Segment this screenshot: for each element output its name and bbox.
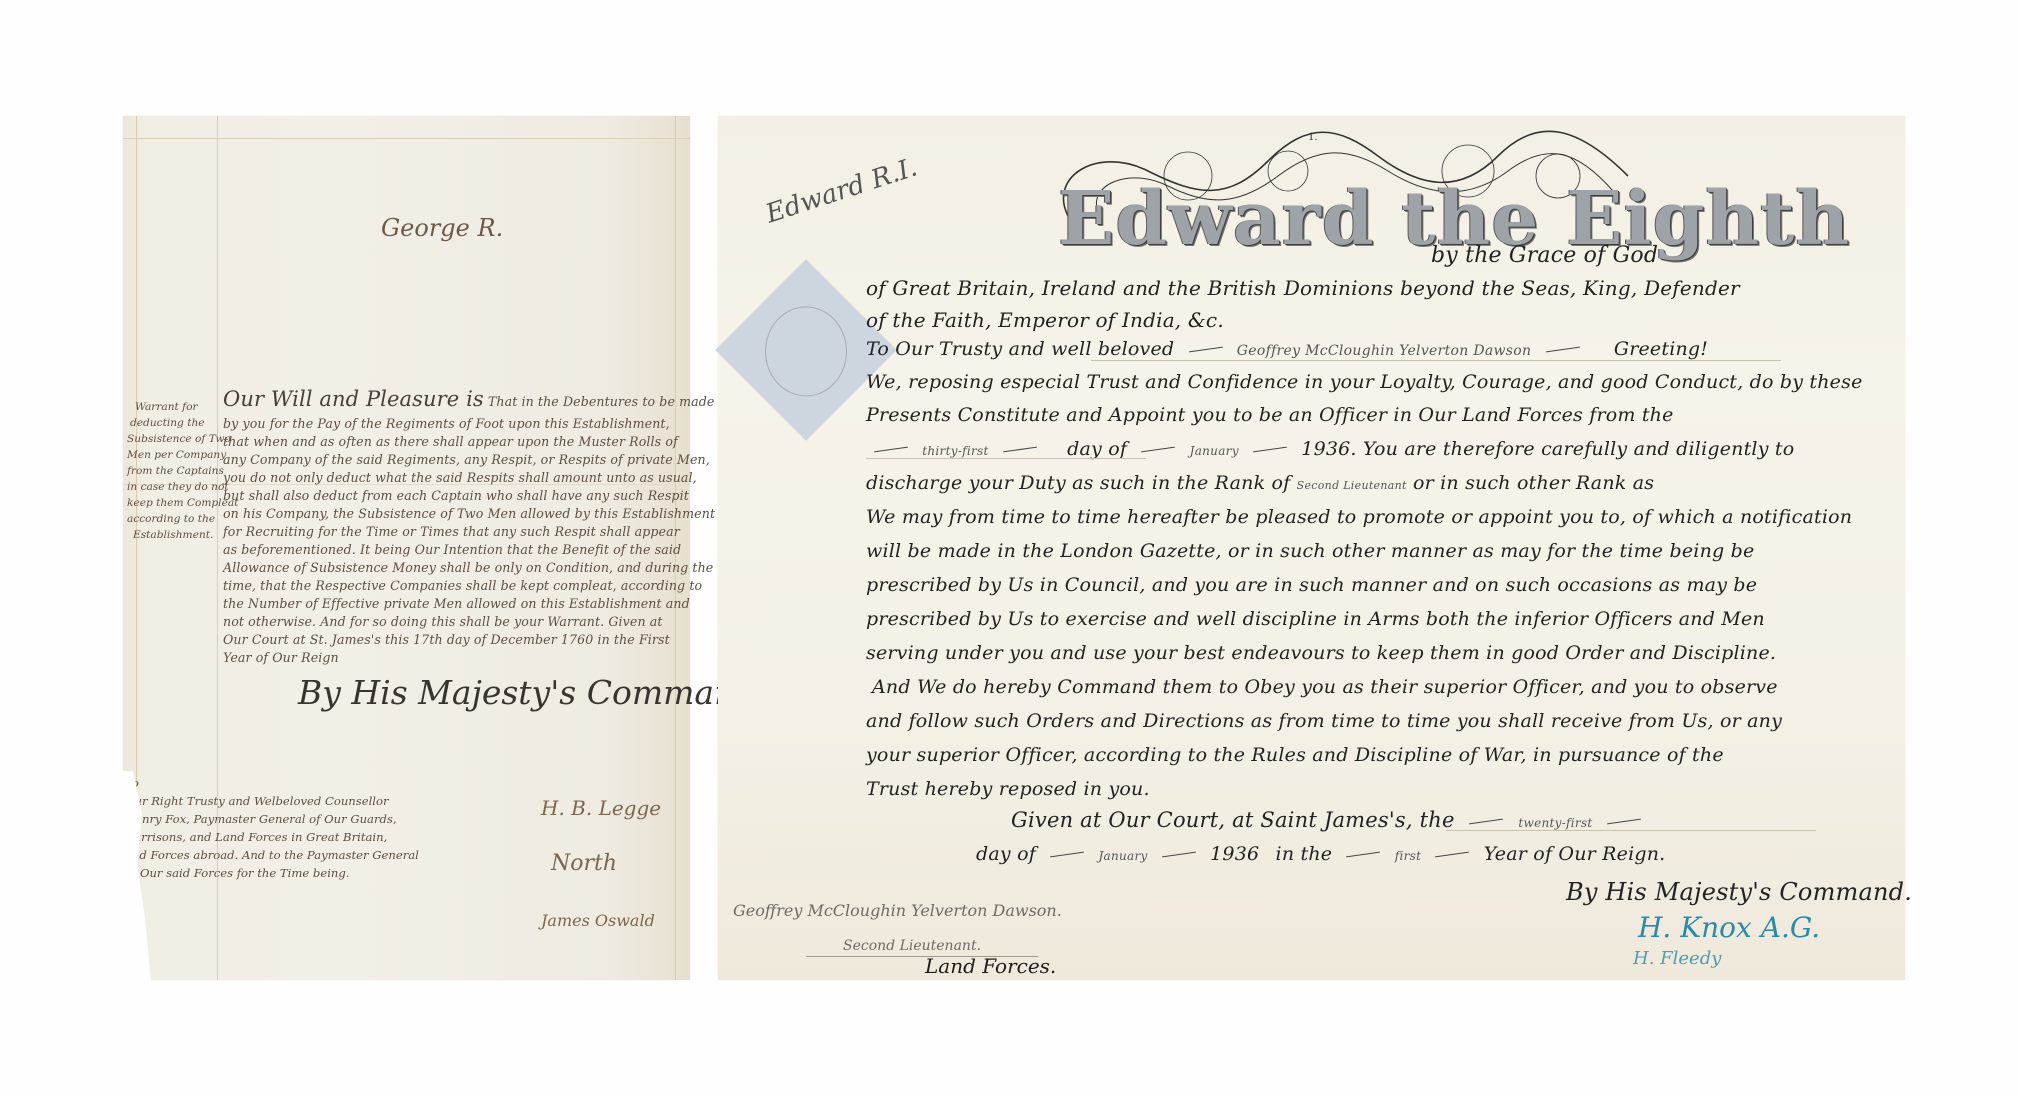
recipient-name-fill: Geoffrey McCloughin Yelverton Dawson [1237, 343, 1532, 359]
dash-mark [1050, 852, 1084, 858]
dash-mark [1189, 347, 1223, 353]
body-line: We, reposing especial Trust and Confiden… [866, 371, 1863, 393]
body-line: on his Company, the Subsistence of Two M… [223, 506, 715, 521]
rank-line: discharge your Duty as such in the Rank … [866, 472, 1654, 494]
address-line: Henry Fox, Paymaster General of Our Guar… [125, 812, 397, 826]
day-fill: thirty-first [922, 444, 988, 458]
body-line: Year of Our Reign [223, 650, 339, 665]
body-line: Allowance of Subsistence Money shall be … [223, 560, 713, 575]
body-line: your superior Officer, according to the … [866, 744, 1724, 766]
margin-note-line: in case they do not [127, 481, 229, 493]
rank-suffix: or in such other Rank as [1413, 472, 1654, 494]
body-line: Our Court at St. James's this 17th day o… [223, 632, 670, 647]
dash-mark [1162, 852, 1196, 858]
opening-lead: Our Will and Pleasure is [223, 387, 484, 411]
address-line: of Our said Forces for the Time being. [125, 866, 349, 880]
edward-viii-commission-page: 1. Edward the Eighth Edward R.I. by the … [718, 116, 1905, 980]
greeting-line: To Our Trusty and well beloved Geoffrey … [866, 338, 1708, 360]
address-line: and Forces abroad. And to the Paymaster … [125, 848, 419, 862]
regnal-year-fill: first [1395, 849, 1422, 863]
dash-mark [874, 447, 908, 453]
rank-fill: Second Lieutenant [1297, 479, 1407, 492]
seal-emblem-icon [765, 306, 847, 396]
body-line: but shall also deduct from each Captain … [223, 488, 689, 503]
body-line: prescribed by Us in Council, and you are… [866, 574, 1757, 596]
month-fill: January [1190, 444, 1239, 458]
command-heading: By His Majesty's Command. [1566, 878, 1912, 906]
reign-line: day of January 1936 in the first Year of… [976, 843, 1665, 865]
name-fill-line [1091, 360, 1781, 361]
given-in-the: in the [1276, 843, 1333, 865]
dash-mark [1003, 447, 1037, 453]
given-year: 1936 [1210, 843, 1259, 865]
recipient-service: Land Forces. [925, 954, 1056, 978]
warrant-opening: Our Will and Pleasure is That in the Deb… [223, 387, 740, 411]
given-month-fill: January [1098, 849, 1147, 863]
george-iii-warrant-page: George R. Our Will and Pleasure is That … [123, 116, 690, 980]
given-day-of: day of [976, 843, 1036, 865]
dash-mark [1436, 852, 1470, 858]
body-line: as beforementioned. It being Our Intenti… [223, 542, 681, 557]
margin-note-line: from the Captains [127, 465, 224, 477]
style-line: of the Faith, Emperor of India, &c. [866, 308, 1224, 332]
signature-oswald: James Oswald [541, 911, 655, 930]
royal-signature-george: George R. [381, 214, 503, 242]
given-day-fill: twenty-first [1518, 816, 1592, 830]
body-line: and follow such Orders and Directions as… [866, 710, 1782, 732]
opening-rest: That in the Debentures to be made out [488, 394, 740, 409]
margin-note-line: Warrant for [135, 401, 198, 413]
signature-legge: H. B. Legge [541, 796, 661, 820]
body-line: Presents Constitute and Appoint you to b… [866, 404, 1674, 426]
dash-mark [1546, 347, 1580, 353]
body-line: prescribed by Us to exercise and well di… [866, 608, 1765, 630]
margin-note-line: Establishment. [133, 529, 213, 541]
body-line: And We do hereby Command them to Obey yo… [872, 676, 1778, 698]
royal-signature-edward: Edward R.I. [762, 152, 921, 229]
recipient-rank: Second Lieutenant. [843, 938, 981, 954]
countersignature-knox: H. Knox A.G. [1638, 911, 1820, 944]
signature-north: North [551, 851, 617, 876]
dash-mark [1470, 819, 1504, 825]
body-line: by you for the Pay of the Regiments of F… [223, 416, 670, 431]
style-line: of Great Britain, Ireland and the Britis… [866, 276, 1740, 300]
margin-note-line: deducting the [130, 417, 205, 429]
recipient-name: Geoffrey McCloughin Yelverton Dawson. [733, 901, 1062, 920]
dash-mark [1141, 447, 1175, 453]
date-fill-line [866, 458, 1146, 459]
body-line: any Company of the said Regiments, any R… [223, 452, 710, 467]
body-line: We may from time to time hereafter be pl… [866, 506, 1852, 528]
top-ruled-line [123, 138, 690, 139]
command-heading: By His Majesty's Command [298, 673, 756, 712]
given-suffix: Year of Our Reign. [1484, 843, 1666, 865]
given-fill-line [1446, 830, 1816, 831]
countersignature-second: H. Fleedy [1633, 948, 1721, 969]
margin-note-line: keep them Compleat [127, 497, 238, 509]
greeting-prefix: To Our Trusty and well beloved [866, 338, 1174, 360]
body-line: not otherwise. And for so doing this sha… [223, 614, 663, 629]
body-line: for Recruiting for the Time or Times tha… [223, 524, 680, 539]
dash-mark [1347, 852, 1381, 858]
dash-mark [1608, 819, 1642, 825]
title-suffix: by the Grace of God [1431, 243, 1658, 268]
given-line: Given at Our Court, at Saint James's, th… [1011, 808, 1649, 832]
greeting-suffix: Greeting! [1614, 338, 1708, 360]
margin-note-line: according to the [127, 513, 215, 525]
body-line: Trust hereby reposed in you. [866, 778, 1150, 800]
margin-note-line: Men per Company [127, 449, 226, 461]
year-text: 1936. You are therefore carefully and di… [1301, 438, 1794, 460]
address-line: Garrisons, and Land Forces in Great Brit… [125, 830, 387, 844]
address-line: Our Right Trusty and Welbeloved Counsell… [125, 794, 389, 808]
body-line: that when and as often as there shall ap… [223, 434, 678, 449]
body-line: time, that the Respective Companies shal… [223, 578, 702, 593]
day-of-label: day of [1067, 438, 1127, 460]
body-line: you do not only deduct what the said Res… [223, 470, 697, 485]
body-line: serving under you and use your best ende… [866, 642, 1776, 664]
rank-prefix: discharge your Duty as such in the Rank … [866, 472, 1290, 494]
given-prefix: Given at Our Court, at Saint James's, th… [1011, 808, 1455, 832]
date-line: thirty-first day of January 1936. You ar… [866, 438, 1794, 460]
dash-mark [1253, 447, 1287, 453]
body-line: the Number of Effective private Men allo… [223, 596, 690, 611]
margin-note-line: Subsistence of Two [127, 433, 231, 445]
body-line: will be made in the London Gazette, or i… [866, 540, 1754, 562]
